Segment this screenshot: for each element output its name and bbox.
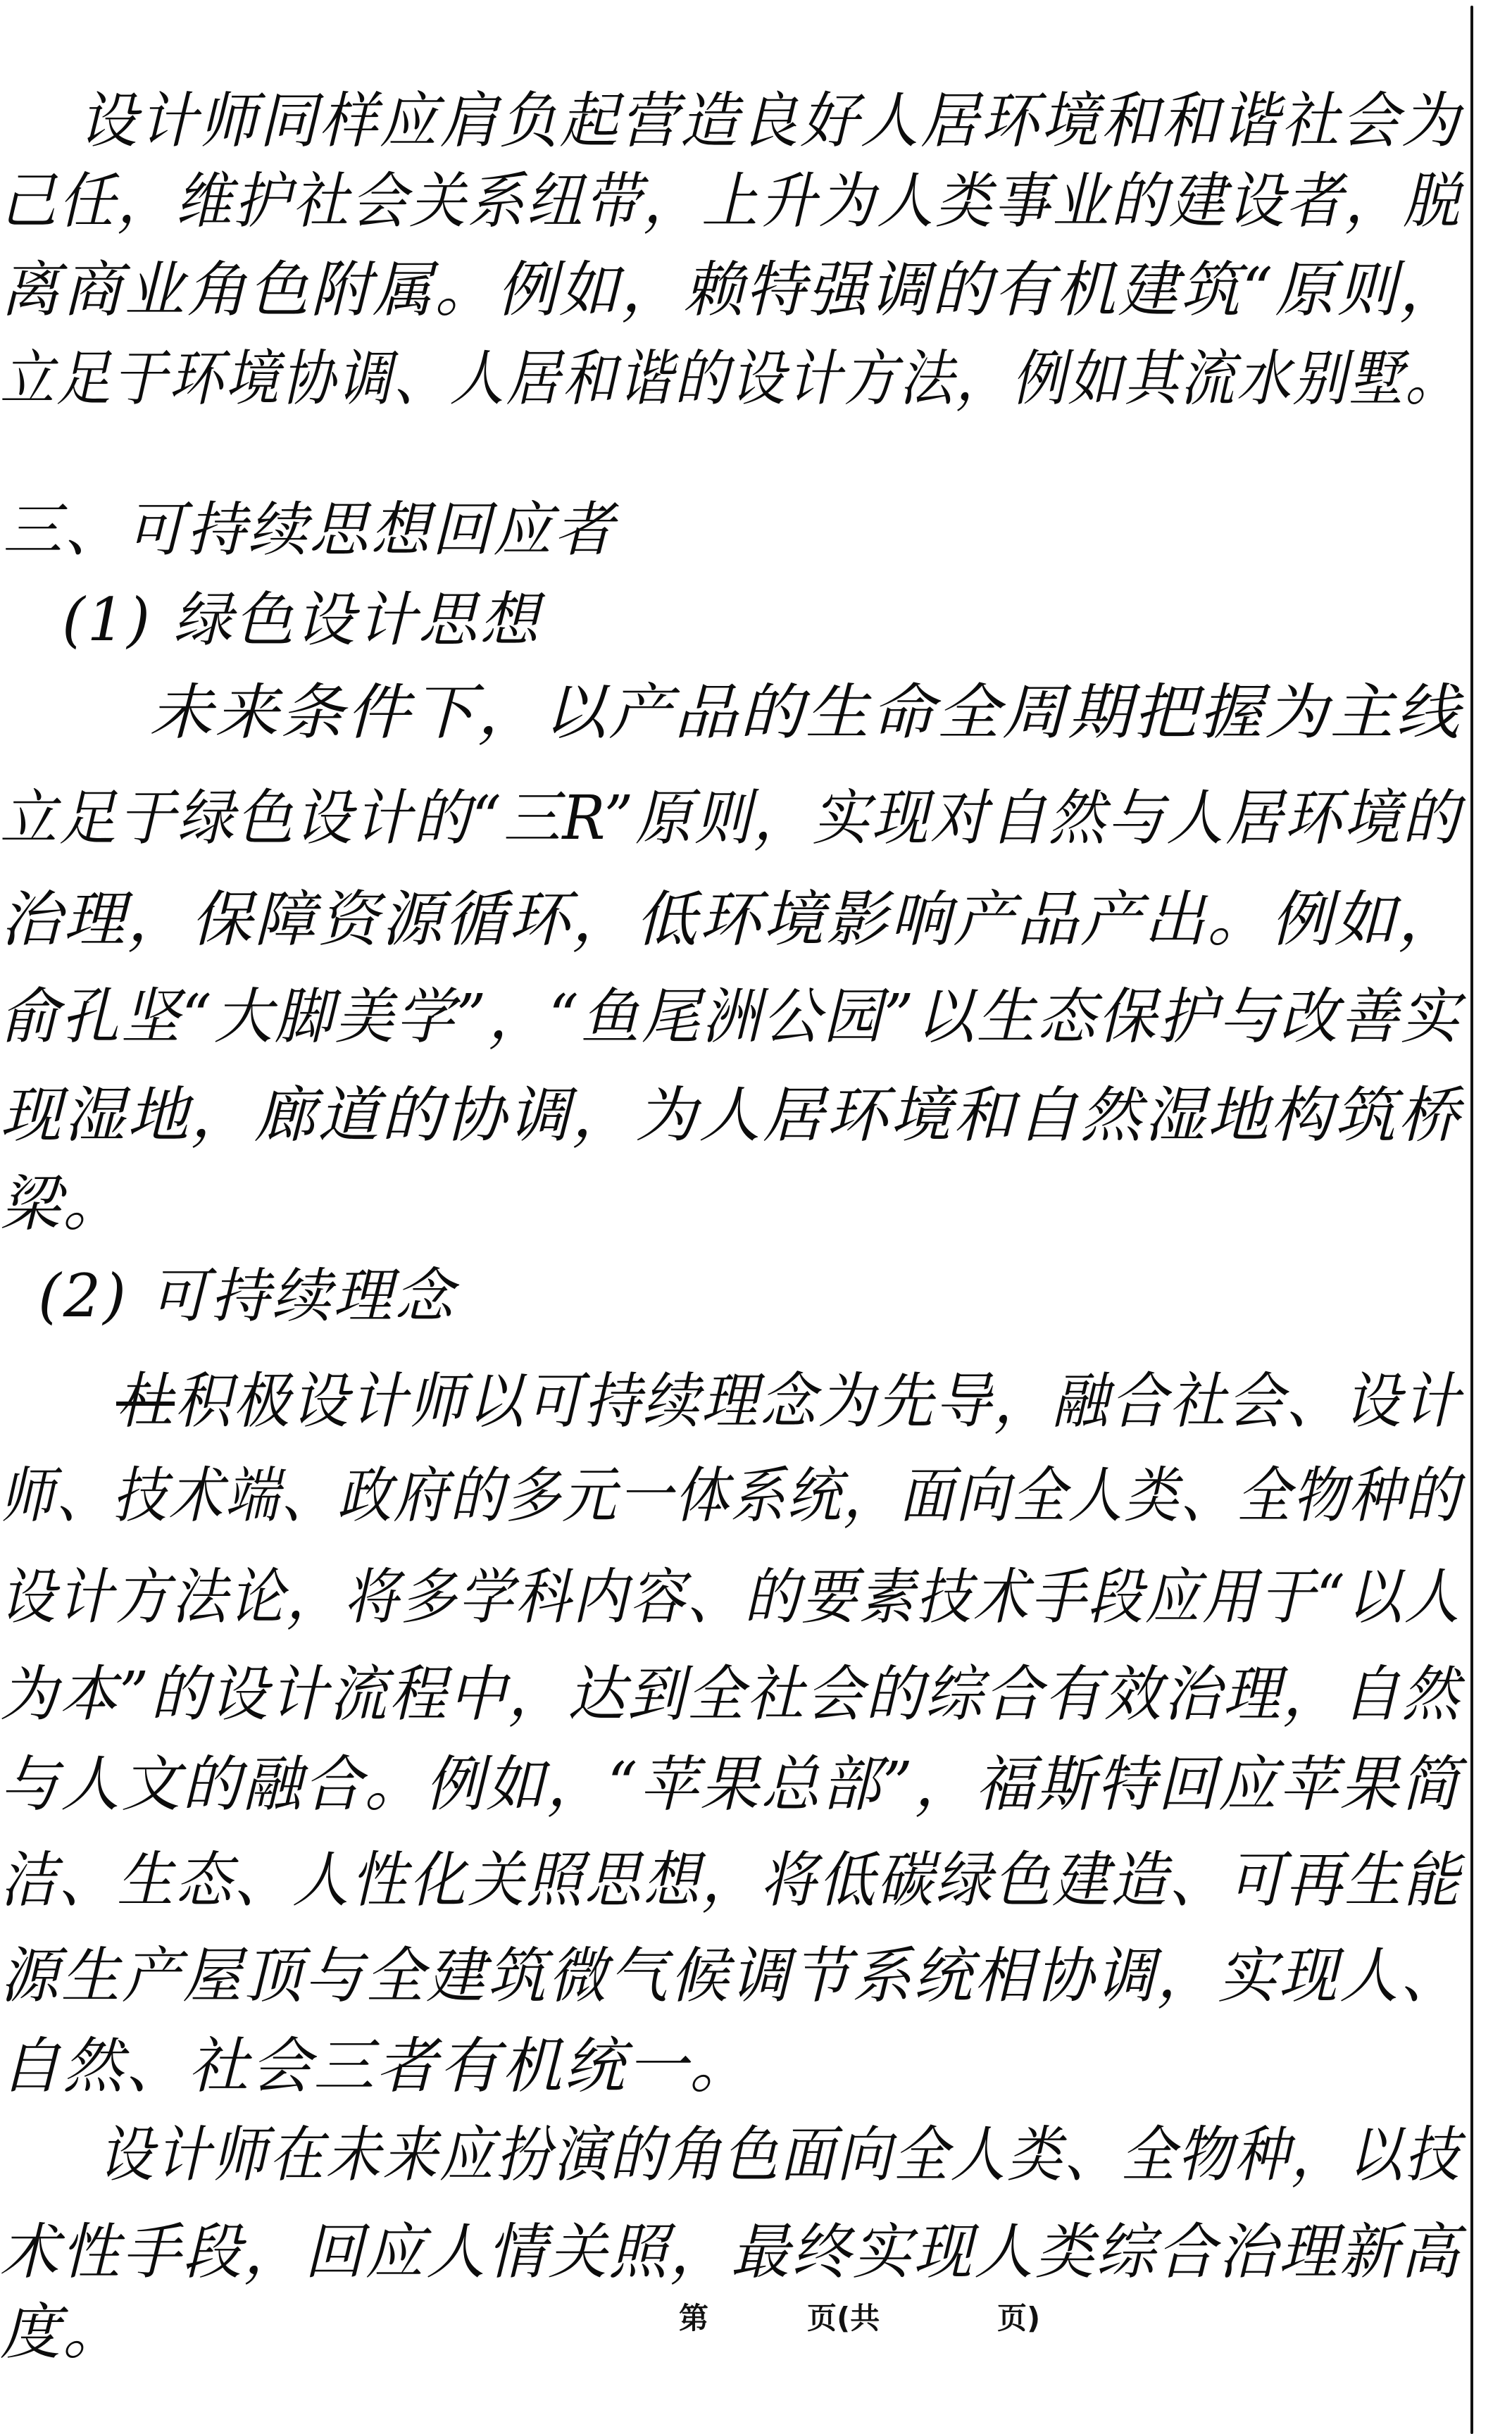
struck-out-character: 杜 bbox=[116, 1366, 175, 1437]
conclusion-line-2: 术性手段，回应人情关照，最终实现人类综合治理新高 bbox=[0, 2217, 1461, 2288]
right-margin-rule bbox=[1470, 6, 1473, 2434]
paragraph-1-line-2: 己任，维护社会关系纽带，上升为人类事业的建设者，脱 bbox=[0, 166, 1461, 237]
conclusion-line-1: 设计师在未来应扮演的角色面向全人类、全物种，以技 bbox=[99, 2120, 1461, 2190]
conclusion-line-3: 度。 bbox=[0, 2297, 125, 2368]
subsection-1-line-2: 立足于绿色设计的“三R”原则，实现对自然与人居环境的 bbox=[0, 783, 1461, 854]
subsection-1-line-1: 未来条件下，以产品的生命全周期把握为主线 bbox=[149, 678, 1461, 748]
page-number-footer: 第 页(共 页) bbox=[676, 2297, 1070, 2340]
subsection-2-heading: (2) 可持续理念 bbox=[38, 1261, 456, 1331]
subsection-2-line-4: 为本”的设计流程中，达到全社会的综合有效治理，自然 bbox=[0, 1659, 1461, 1730]
subsection-2-line-2: 师、技术端、政府的多元一体系统，面向全人类、全物种的 bbox=[0, 1461, 1461, 1531]
subsection-2-line-7: 源生产屋顶与全建筑微气候调节系统相协调，实现人、 bbox=[0, 1941, 1461, 2011]
subsection-1-line-3: 治理，保障资源循环，低环境影响产品产出。例如， bbox=[0, 885, 1461, 955]
paragraph-1-line-1: 设计师同样应肩负起营造良好人居环境和和谐社会为 bbox=[79, 86, 1461, 156]
subsection-2-line-6: 洁、生态、人性化关照思想，将低碳绿色建造、可再生能 bbox=[0, 1845, 1461, 1916]
subsection-1-line-4: 俞孔坚“大脚美学”，“鱼尾洲公园”以生态保护与改善实 bbox=[0, 982, 1461, 1052]
subsection-2-line-3: 设计方法论，将多学科内容、的要素技术手段应用于“以人 bbox=[0, 1562, 1461, 1633]
subsection-2-line-1-text: 积极设计师以可持续理念为先导，融合社会、设计 bbox=[175, 1366, 1461, 1437]
footer-ye-gong: 页(共 bbox=[807, 2297, 880, 2340]
subsection-1-heading: (1) 绿色设计思想 bbox=[62, 585, 541, 655]
subsection-1-line-6: 梁。 bbox=[0, 1169, 125, 1240]
footer-ye-close: 页) bbox=[997, 2297, 1040, 2340]
subsection-2-line-5: 与人文的融合。例如，“苹果总部”，福斯特回应苹果简 bbox=[0, 1749, 1461, 1820]
paragraph-1-line-3: 离商业角色附属。例如，赖特强调的有机建筑“原则， bbox=[0, 255, 1461, 325]
subsection-1-line-5: 现湿地，廊道的协调，为人居环境和自然湿地构筑桥 bbox=[0, 1080, 1461, 1151]
paragraph-1-line-4: 立足于环境协调、人居和谐的设计方法，例如其流水别墅。 bbox=[0, 344, 1461, 414]
subsection-2-line-8: 自然、社会三者有机统一。 bbox=[0, 2031, 752, 2102]
footer-di: 第 bbox=[679, 2297, 708, 2340]
section-3-heading: 三、可持续思想回应者 bbox=[3, 494, 616, 565]
answer-sheet-page: 设计师同样应肩负起营造良好人居环境和和谐社会为 己任，维护社会关系纽带，上升为人… bbox=[0, 0, 1512, 2434]
subsection-2-line-1: 杜积极设计师以可持续理念为先导，融合社会、设计 bbox=[116, 1366, 1461, 1437]
